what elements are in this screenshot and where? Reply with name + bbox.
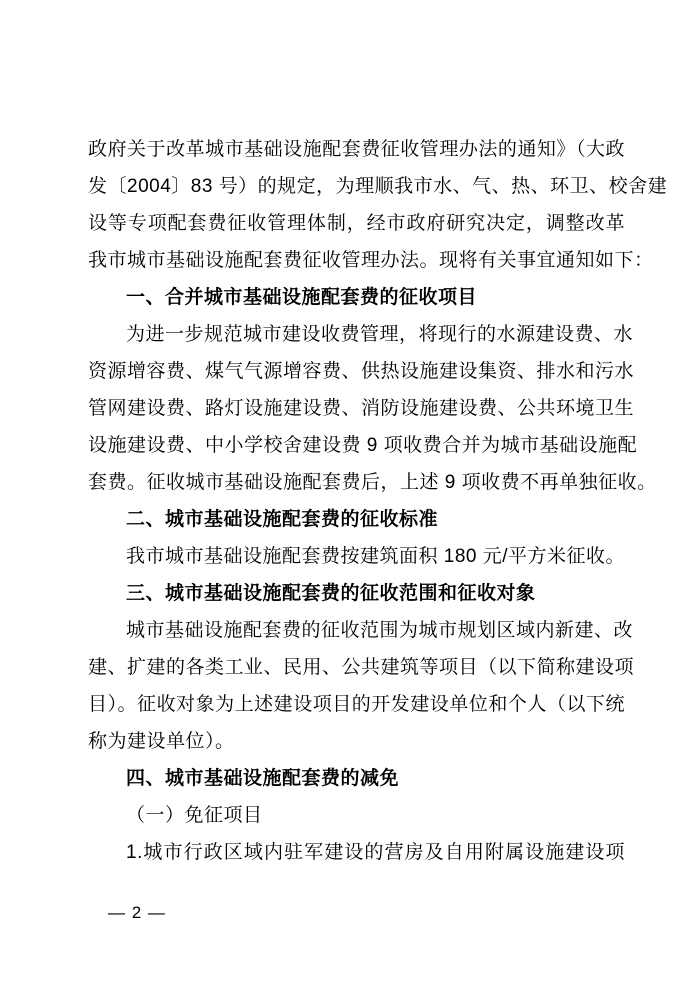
section-heading-3: 三、城市基础设施配套费的征收范围和征收对象 (88, 575, 625, 612)
document-line: 称为建设单位）。 (88, 723, 625, 760)
document-line: 为进一步规范城市建设收费管理，将现行的水源建设费、水 (88, 316, 625, 353)
document-line: 设施建设费、中小学校舍建设费 9 项收费合并为城市基础设施配 (88, 427, 625, 464)
section-heading-4: 四、城市基础设施配套费的减免 (88, 760, 625, 797)
document-line: 我市城市基础设施配套费按建筑面积 180 元/平方米征收。 (88, 538, 625, 575)
document-line: 我市城市基础设施配套费征收管理办法。现将有关事宜通知如下： (88, 242, 625, 279)
document-page: 政府关于改革城市基础设施配套费征收管理办法的通知》（大政 发〔2004〕83 号… (0, 0, 700, 990)
document-line: 发〔2004〕83 号）的规定，为理顺我市水、气、热、环卫、校舍建 (88, 168, 625, 205)
document-line: 资源增容费、煤气气源增容费、供热设施建设集资、排水和污水 (88, 353, 625, 390)
document-line: 套费。征收城市基础设施配套费后，上述 9 项收费不再单独征收。 (88, 464, 625, 501)
page-number: — 2 — (108, 902, 166, 924)
document-body: 政府关于改革城市基础设施配套费征收管理办法的通知》（大政 发〔2004〕83 号… (88, 131, 625, 871)
section-heading-1: 一、合并城市基础设施配套费的征收项目 (88, 279, 625, 316)
document-line: 城市基础设施配套费的征收范围为城市规划区域内新建、改 (88, 612, 625, 649)
section-heading-2: 二、城市基础设施配套费的征收标准 (88, 501, 625, 538)
document-line: 1.城市行政区域内驻军建设的营房及自用附属设施建设项 (88, 834, 625, 871)
document-line: 管网建设费、路灯设施建设费、消防设施建设费、公共环境卫生 (88, 390, 625, 427)
document-line: 政府关于改革城市基础设施配套费征收管理办法的通知》（大政 (88, 131, 625, 168)
document-line: 建、扩建的各类工业、民用、公共建筑等项目（以下简称建设项 (88, 649, 625, 686)
subsection-heading: （一）免征项目 (88, 797, 625, 834)
document-line: 目）。征收对象为上述建设项目的开发建设单位和个人（以下统 (88, 686, 625, 723)
document-line: 设等专项配套费征收管理体制，经市政府研究决定，调整改革 (88, 205, 625, 242)
